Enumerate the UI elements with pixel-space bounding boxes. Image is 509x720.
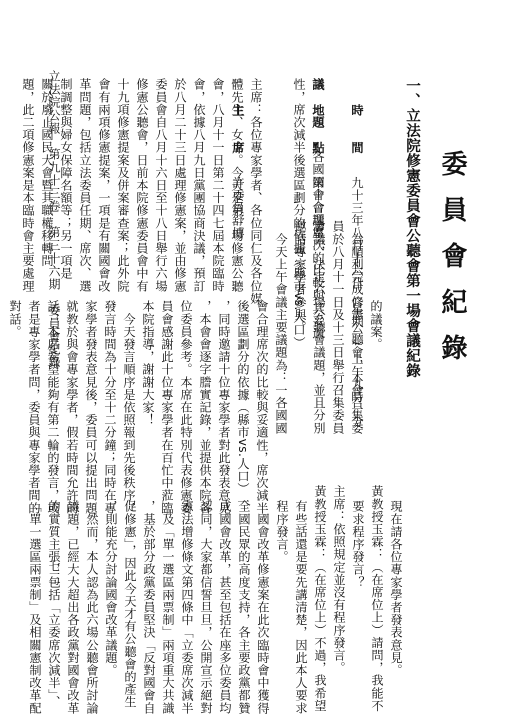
text-column: 十九項修憲提案及併案審查案；此外院 — [113, 78, 132, 292]
text-column: 於八月二十三日處理修憲案，並由修憲 — [170, 78, 189, 292]
text-column: 成國會改革，甚至包括在座多位委員均 — [215, 500, 234, 714]
text-column: 黃教授玉霖：（在席位上）不過，我希望 — [310, 485, 329, 712]
text-column: 憲法增修條文第四條中「立委席次減半 — [177, 500, 196, 714]
text-column: 家學者發表意見後，委員可以提出問題 — [81, 300, 100, 514]
text-column: 「單一選區兩票制」及相關憲制改革配 — [25, 500, 44, 714]
page-number: 七三 — [46, 560, 63, 584]
text-column: 員於八月十一日及十三日舉行召集委員 — [328, 220, 347, 434]
text-column: 議題，已經大大超出各政黨對國會改革 — [63, 500, 82, 714]
document-page: 委員會紀錄 一、立法院修憲委員會公聽會第一場會議紀錄 時 間九十三年八月十六日（… — [0, 0, 509, 720]
text-column: 認同，大家都信誓旦旦，公開宣示絕對 — [196, 500, 215, 714]
text-column: 本院指導，謝謝大家！ — [138, 300, 157, 426]
text-column: 者是專家學者問，委員與專家學者間的 — [24, 300, 43, 514]
text-column: 為順利完成修憲公聽會，本會召集委 — [347, 220, 366, 434]
text-column: 員會感謝此十位專家學者在百忙中蒞臨 — [157, 300, 176, 514]
section-title: 委員會紀錄 — [434, 150, 471, 380]
text-column: 要求程序發言？ — [348, 500, 367, 588]
text-column: 主席：各位專家學者、各位同仁及各位媒 — [246, 78, 265, 305]
text-column: 程序發言。 — [272, 500, 291, 563]
text-column: 主席：依照規定並沒有程序發言。 — [329, 485, 348, 674]
text-column: 會合理席次的比較與妥適性，席次減半 — [252, 300, 271, 514]
text-column: 邀請專家學者參與。 — [290, 220, 309, 333]
text-column: ，同時邀請十位專家學者對此發表意見 — [214, 300, 233, 514]
text-column: 全國民眾的高度支持，各主要政黨都贊 — [234, 500, 253, 714]
meeting-heading: 一、立法院修憲委員會公聽會第一場會議紀錄 — [402, 78, 423, 378]
text-column: 促修憲」，因此今天才有公聽會的產生 — [120, 500, 139, 708]
publication-footer: 立法院公報 第九十三卷 第三十六期 委員會紀錄 — [46, 70, 63, 369]
text-column: 修憲公聽會，日前本院修憲委員會中有 — [132, 78, 151, 292]
text-column: 現在請各位專家學者發表意見。 — [386, 500, 405, 676]
text-column: 會議，決定六場公聽會議題，並且分別 — [309, 220, 328, 434]
text-column: 就教於與會專家學者，假若時間允許的 — [62, 300, 81, 514]
text-column: ，則能充分討論國會改革議題。 — [101, 500, 120, 676]
text-column: 會有兩項修憲提案，一項是有關國會改 — [94, 78, 113, 292]
text-column: 題，此二項修憲案是本臨時會主要處理 — [18, 78, 37, 292]
text-column: 然而，本人認為此六場公聽會所討論 — [82, 500, 101, 714]
text-column: 對話。 — [5, 300, 24, 338]
text-column: 後選區劃分的依據（縣市vs.人口）一 — [233, 300, 252, 508]
text-column: 會，依據八月九日黨團協商決議，預訂 — [189, 78, 208, 292]
text-column: 今天發言順序是依照報到先後秩序， — [119, 300, 138, 514]
text-column: 的議案。 — [366, 300, 385, 350]
text-column: 黃教授玉霖：（在席位上）請問，我能不 — [367, 485, 386, 712]
text-column: 革問題，包括立法委員任期、席次、選 — [75, 78, 94, 292]
text-column: 的實質主張，包括「立委席次減半」、 — [44, 500, 63, 708]
text-column: ，基於部分政黨委員堅決「反對國會自 — [139, 500, 158, 714]
text-column: 國會改革修憲案在此次臨時會中獲得 — [253, 500, 272, 714]
text-column: 位委員參考。本席在此特別代表修憲委 — [176, 300, 195, 514]
text-column: 委員會自八月十六日至十八日舉行六場 — [151, 78, 170, 292]
text-column: 」及「單一選區兩票制」兩項重大共識 — [158, 500, 177, 714]
text-column: ，本會會逐字謄實記錄，並提供本院各 — [195, 300, 214, 514]
text-column: 體先生、女士。今天是第一場修憲公聽 — [227, 78, 246, 292]
text-column: 有些話還是要先講清楚，因此本人要求 — [291, 500, 310, 714]
text-column: 發言時間為十分至十二分鐘；同時在專 — [100, 300, 119, 514]
text-column: 今天上午會議主要議題為：一各國國 — [271, 220, 290, 434]
text-column: 會，八月十一日第二十四七屆本院臨時 — [208, 78, 227, 292]
